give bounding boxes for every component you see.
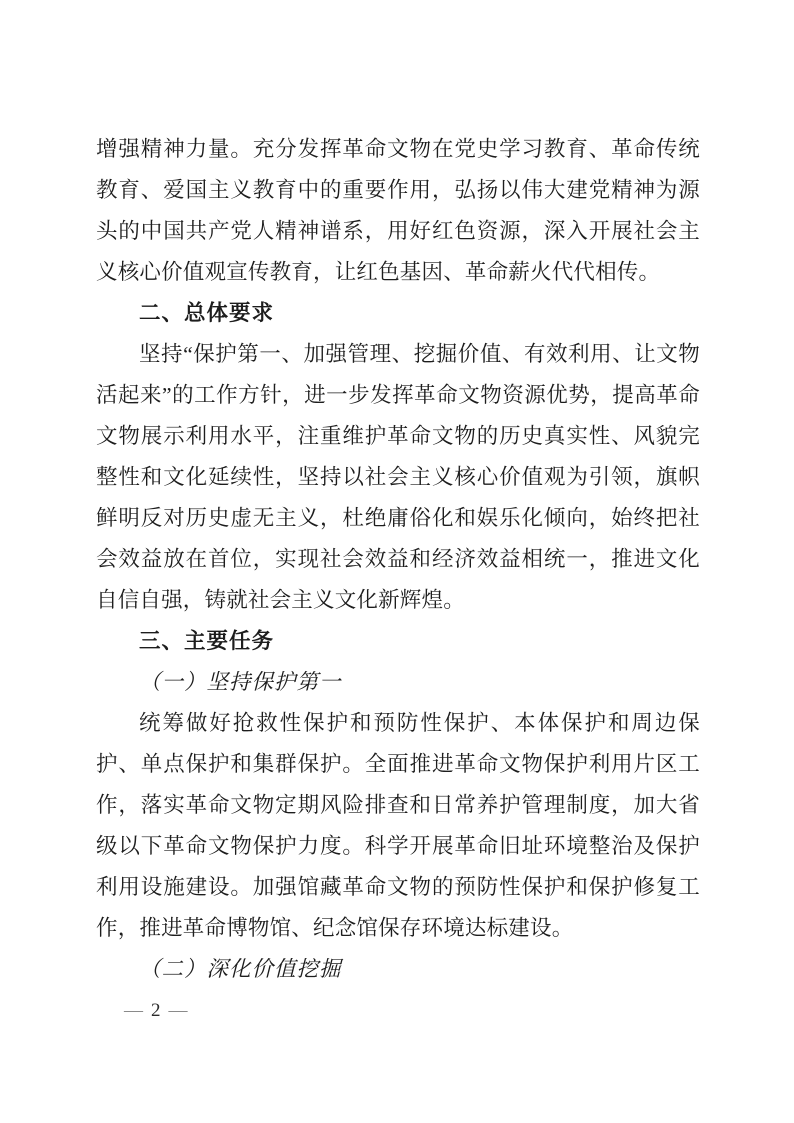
footer-right-dash: —: [163, 1000, 196, 1021]
section-heading-main-tasks: 三、主要任务: [96, 621, 700, 662]
paragraph-overall-requirements: 坚持“保护第一、加强管理、挖掘价值、有效利用、让文物活起来”的工作方针，进一步发…: [96, 334, 700, 621]
page-number: 2: [151, 1000, 163, 1021]
paragraph-protection-first: 统筹做好抢救性保护和预防性保护、本体保护和周边保护、单点保护和集群保护。全面推进…: [96, 703, 700, 949]
section-heading-overall-requirements: 二、总体要求: [96, 293, 700, 334]
paragraph-continuation: 增强精神力量。充分发挥革命文物在党史学习教育、革命传统教育、爱国主义教育中的重要…: [96, 129, 700, 293]
item-heading-value-excavation: （二）深化价值挖掘: [96, 949, 700, 990]
document-body: 增强精神力量。充分发挥革命文物在党史学习教育、革命传统教育、爱国主义教育中的重要…: [96, 129, 700, 990]
footer-left-dash: —: [118, 1000, 151, 1021]
document-page: 增强精神力量。充分发挥革命文物在党史学习教育、革命传统教育、爱国主义教育中的重要…: [0, 0, 794, 1123]
item-heading-protection-first: （一）坚持保护第一: [96, 662, 700, 703]
page-number-footer: —2—: [118, 997, 196, 1025]
